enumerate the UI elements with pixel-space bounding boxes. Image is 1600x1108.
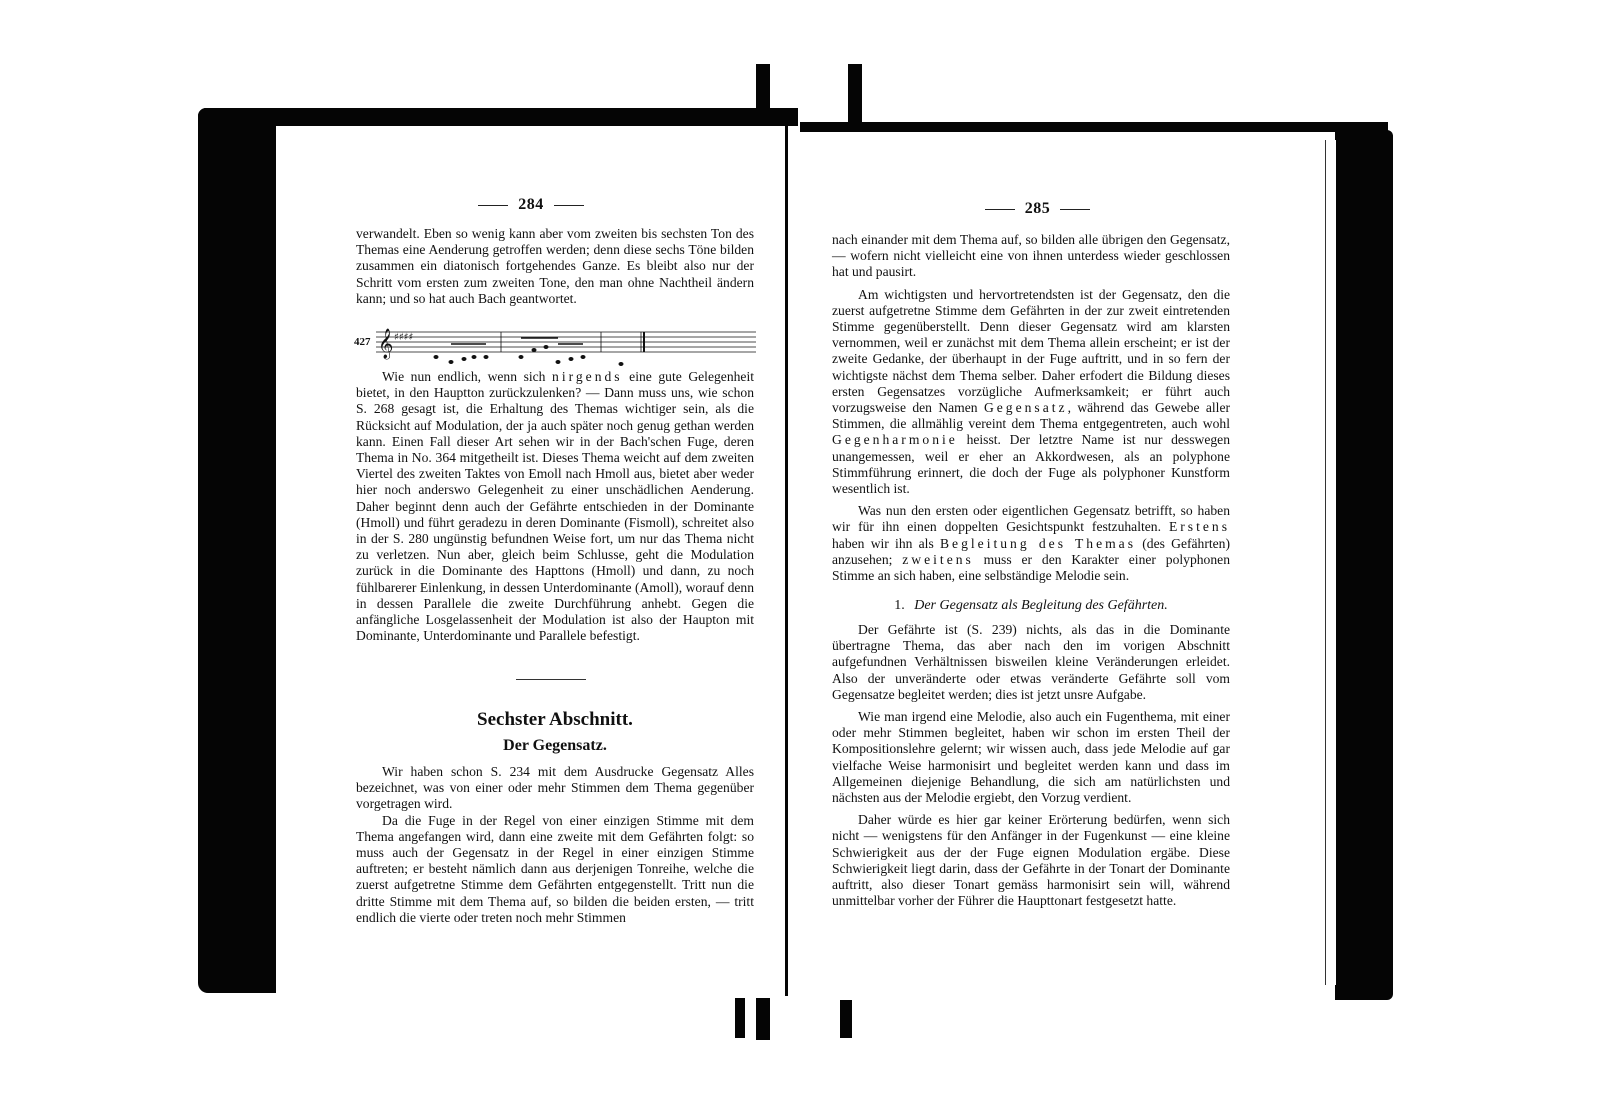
emphasized-text: nirgends bbox=[552, 369, 623, 384]
emphasized-text: Gegenharmonie bbox=[832, 432, 958, 447]
page-number: 284 bbox=[276, 196, 786, 214]
svg-text:𝄞: 𝄞 bbox=[378, 328, 393, 360]
book-cover-top-right bbox=[800, 122, 1388, 132]
subsection-number: 1. bbox=[894, 598, 905, 613]
book-cover-left bbox=[198, 108, 798, 126]
subsection-heading: 1. Der Gegensatz als Begleitung des Gefä… bbox=[832, 598, 1230, 614]
section-divider bbox=[516, 679, 586, 680]
bookmark-tab-3 bbox=[735, 998, 745, 1038]
text-run: Am wichtigsten und hervortretendsten ist… bbox=[832, 287, 1230, 415]
paragraph: Was nun den ersten oder eigentlichen Geg… bbox=[832, 503, 1230, 584]
bookmark-tab-5 bbox=[840, 1000, 852, 1038]
paragraph: nach einander mit dem Thema auf, so bild… bbox=[832, 232, 1230, 281]
music-example: 427 𝄞 ♯♯♯♯ bbox=[354, 326, 754, 366]
example-number: 427 bbox=[354, 336, 371, 348]
paragraph: Da die Fuge in der Regel von einer einzi… bbox=[356, 813, 754, 926]
music-staff-icon: 𝄞 ♯♯♯♯ bbox=[376, 326, 756, 366]
left-main-paragraph: Wie nun endlich, wenn sich nirgends eine… bbox=[356, 369, 754, 644]
dash-right bbox=[1060, 209, 1090, 210]
paragraph: Wie nun endlich, wenn sich nirgends eine… bbox=[356, 369, 754, 644]
paragraph: Der Gefährte ist (S. 239) nichts, als da… bbox=[832, 622, 1230, 703]
page-edge bbox=[1325, 140, 1336, 985]
text-run: eine gute Gelegenheit bietet, in den Hau… bbox=[356, 369, 754, 643]
bookmark-tab-2 bbox=[848, 64, 862, 124]
book-cover-right-side bbox=[1335, 130, 1393, 1000]
bookmark-tab-4 bbox=[756, 998, 770, 1040]
paragraph: Am wichtigsten und hervortretendsten ist… bbox=[832, 287, 1230, 498]
book-gutter bbox=[785, 126, 788, 996]
page-number-text: 285 bbox=[1025, 200, 1051, 217]
section-subtitle: Der Gegensatz. bbox=[356, 737, 754, 755]
dash-left bbox=[985, 209, 1015, 210]
dash-left bbox=[478, 205, 508, 206]
right-text-lower: Der Gefährte ist (S. 239) nichts, als da… bbox=[832, 622, 1230, 909]
paragraph: Wie man irgend eine Melodie, also auch e… bbox=[832, 709, 1230, 806]
paragraph: Daher würde es hier gar keiner Erörterun… bbox=[832, 812, 1230, 909]
right-text: nach einander mit dem Thema auf, so bild… bbox=[832, 232, 1230, 584]
text-run: Wie nun endlich, wenn sich bbox=[382, 369, 552, 384]
emphasized-text: Erstens bbox=[1169, 519, 1230, 534]
dash-right bbox=[554, 205, 584, 206]
emphasized-text: Begleitung des Themas bbox=[940, 536, 1136, 551]
page-number-text: 284 bbox=[518, 196, 544, 213]
left-intro-paragraph: verwandelt. Eben so wenig kann aber vom … bbox=[356, 226, 754, 307]
left-page: 284 verwandelt. Eben so wenig kann aber … bbox=[276, 126, 786, 996]
book-cover-left-side bbox=[198, 108, 276, 993]
left-gegensatz-paragraphs: Wir haben schon S. 234 mit dem Ausdrucke… bbox=[356, 764, 754, 926]
section-title: Sechster Abschnitt. bbox=[356, 709, 754, 731]
paragraph: Wir haben schon S. 234 mit dem Ausdrucke… bbox=[356, 764, 754, 813]
emphasized-text: zweitens bbox=[902, 552, 974, 567]
bookmark-tab-1 bbox=[756, 64, 770, 122]
subsection-title: Der Gegensatz als Begleitung des Gefährt… bbox=[914, 598, 1168, 613]
paragraph: verwandelt. Eben so wenig kann aber vom … bbox=[356, 226, 754, 307]
emphasized-text: Gegensatz bbox=[984, 400, 1068, 415]
svg-text:♯♯♯♯: ♯♯♯♯ bbox=[394, 332, 413, 343]
right-page: 285 nach einander mit dem Thema auf, so … bbox=[790, 132, 1325, 992]
text-run: haben wir ihn als bbox=[832, 536, 940, 551]
page-number: 285 bbox=[770, 200, 1305, 218]
